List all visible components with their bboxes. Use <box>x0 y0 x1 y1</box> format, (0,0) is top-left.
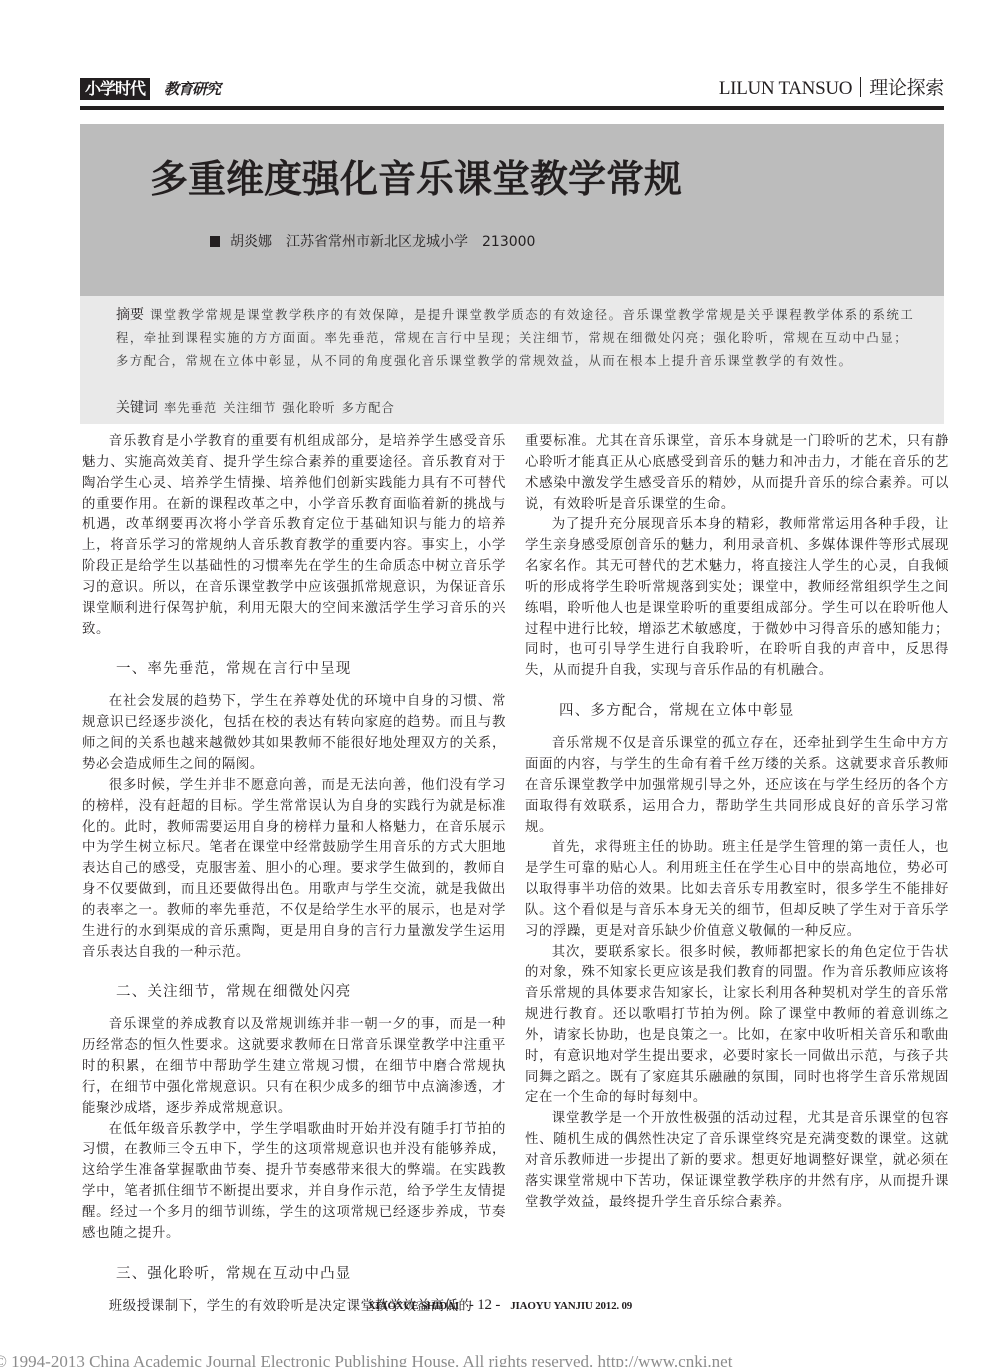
keyword: 强化聆听 <box>282 401 335 415</box>
paragraph: 在社会发展的趋势下，学生在养尊处优的环境中自身的习惯、常规意识已经逐步淡化，包括… <box>82 692 506 775</box>
author-name: 胡炎娜 <box>230 234 272 250</box>
page-number: - 12 - <box>469 1297 500 1313</box>
byline: 胡炎娜江苏省常州市新北区龙城小学213000 <box>210 232 549 252</box>
footer-journal-right: JIAOYU YANJIU 2012. 09 <box>510 1300 632 1312</box>
copyright-notice: © 1994-2013 China Academic Journal Elect… <box>0 1352 732 1367</box>
section-heading-4: 四、多方配合，常规在立体中彰显 <box>525 700 949 722</box>
article-title: 多重维度强化音乐课堂教学常规 <box>150 148 682 203</box>
journal-subtitle: 教育研究 <box>164 78 220 100</box>
paragraph: 其次，要联系家长。很多时候，教师都把家长的角色定位于告状的对象，殊不知家长更应该… <box>525 943 949 1110</box>
section-tag-en: LILUN TANSUO <box>719 78 852 99</box>
keyword: 多方配合 <box>342 401 395 415</box>
journal-logo: 小学时代 <box>80 78 150 100</box>
abstract-text: 课堂教学常规是课堂教学秩序的有效保障，是提升课堂教学质态的有效途径。音乐课堂教学… <box>116 308 914 368</box>
body-column-left: 音乐教育是小学教育的重要有机组成部分，是培养学生感受音乐魅力、实施高效美育、提升… <box>82 432 506 1318</box>
body-column-right: 重要标准。尤其在音乐课堂，音乐本身就是一门聆听的艺术，只有静心聆听才能真正从心底… <box>525 432 949 1214</box>
header-rule <box>80 106 944 110</box>
paragraph: 音乐课堂的养成教育以及常规训练并非一朝一夕的事，而是一种历经常态的恒久性要求。这… <box>82 1015 506 1119</box>
keywords: 关键词率先垂范关注细节强化聆听多方配合 <box>116 398 401 418</box>
paragraph: 课堂教学是一个开放性极强的活动过程，尤其是音乐课堂的包容性、随机生成的偶然性决定… <box>525 1109 949 1213</box>
paragraph: 在低年级音乐教学中，学生学唱歌曲时开始并没有随手打节拍的习惯，在教师三令五申下，… <box>82 1120 506 1245</box>
page-header: 小学时代 教育研究 LILUN TANSUO理论探索 <box>80 74 944 104</box>
paragraph-continued: 重要标准。尤其在音乐课堂，音乐本身就是一门聆听的艺术，只有静心聆听才能真正从心底… <box>525 432 949 515</box>
page-footer: XIAOXUE SHIDAI- 12 -JIAOYU YANJIU 2012. … <box>0 1297 1000 1314</box>
intro-paragraph: 音乐教育是小学教育的重要有机组成部分，是培养学生感受音乐魅力、实施高效美育、提升… <box>82 432 506 640</box>
keyword: 率先垂范 <box>164 401 217 415</box>
paragraph: 首先，求得班主任的协助。班主任是学生管理的第一责任人，也是学生可靠的贴心人。利用… <box>525 838 949 942</box>
section-tag-zh: 理论探索 <box>869 78 944 99</box>
abstract: 摘要课堂教学常规是课堂教学秩序的有效保障，是提升课堂教学质态的有效途径。音乐课堂… <box>116 304 916 373</box>
postcode: 213000 <box>482 234 535 250</box>
section-tag: LILUN TANSUO理论探索 <box>719 76 944 102</box>
section-separator <box>860 77 861 97</box>
paragraph: 为了提升充分展现音乐本身的精彩，教师常常运用各种手段，让学生亲身感受原创音乐的魅… <box>525 515 949 682</box>
section-heading-1: 一、率先垂范，常规在言行中呈现 <box>82 658 506 680</box>
keywords-label: 关键词 <box>116 400 158 416</box>
paragraph: 很多时候，学生并非不愿意向善，而是无法向善，他们没有学习的榜样，没有赶超的目标。… <box>82 776 506 964</box>
title-band: 多重维度强化音乐课堂教学常规 胡炎娜江苏省常州市新北区龙城小学213000 <box>80 124 944 296</box>
abstract-label: 摘要 <box>116 307 144 323</box>
author-affiliation: 江苏省常州市新北区龙城小学 <box>286 234 468 250</box>
paragraph: 音乐常规不仅是音乐课堂的孤立存在，还牵扯到学生生命中方方面面的内容，与学生的生命… <box>525 734 949 838</box>
section-heading-2: 二、关注细节，常规在细微处闪亮 <box>82 981 506 1003</box>
section-heading-3: 三、强化聆听，常规在互动中凸显 <box>82 1263 506 1285</box>
footer-journal-left: XIAOXUE SHIDAI <box>368 1300 459 1312</box>
abstract-box: 摘要课堂教学常规是课堂教学秩序的有效保障，是提升课堂教学质态的有效途径。音乐课堂… <box>80 296 944 424</box>
square-bullet-icon <box>210 236 220 247</box>
keyword: 关注细节 <box>223 401 276 415</box>
